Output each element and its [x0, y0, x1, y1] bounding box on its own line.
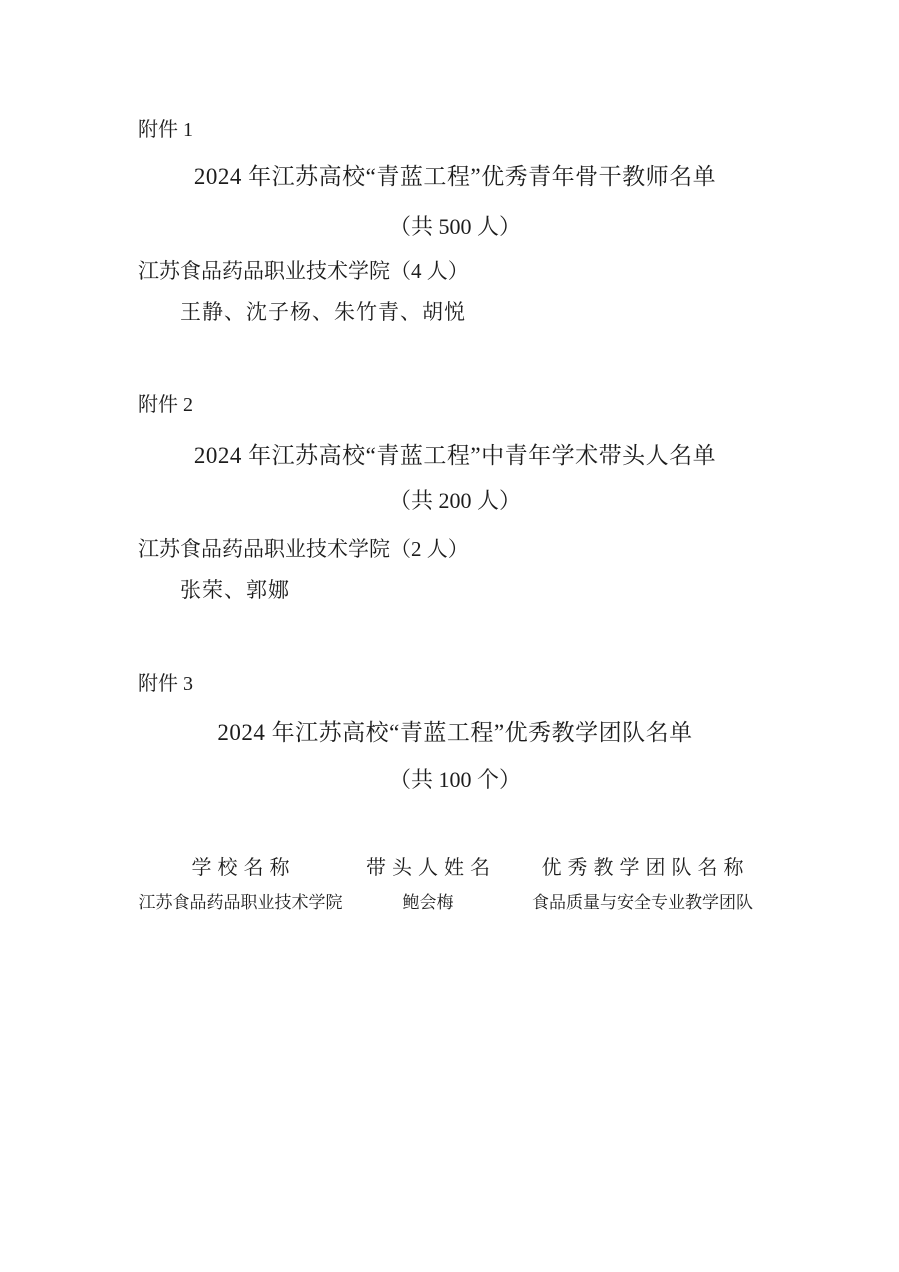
attachment-2-title: 2024 年江苏高校“青蓝工程”中青年学术带头人名单	[138, 442, 772, 469]
attachment-2-count: （共 200 人）	[138, 488, 772, 514]
attachment-1-count: （共 500 人）	[138, 214, 772, 240]
attachment-1-teacher-names: 王静、沈子杨、朱竹青、胡悦	[180, 300, 466, 325]
document-page: 附件 1 2024 年江苏高校“青蓝工程”优秀青年骨干教师名单 （共 500 人…	[0, 0, 899, 1272]
cell-team-name: 食品质量与安全专业教学团队	[513, 892, 772, 914]
team-table-row: 江苏食品药品职业技术学院 鲍会梅 食品质量与安全专业教学团队	[138, 892, 772, 914]
header-leader-name: 带头人姓名	[343, 855, 513, 881]
header-school-name: 学校名称	[138, 855, 343, 881]
header-team-name: 优秀教学团队名称	[513, 855, 772, 881]
attachment-1-label: 附件 1	[138, 119, 193, 143]
attachment-2-teacher-names: 张荣、郭娜	[180, 578, 290, 603]
cell-school-name: 江苏食品药品职业技术学院	[138, 892, 343, 914]
team-table: 学校名称 带头人姓名 优秀教学团队名称 江苏食品药品职业技术学院 鲍会梅 食品质…	[138, 855, 772, 914]
attachment-3-title: 2024 年江苏高校“青蓝工程”优秀教学团队名单	[138, 719, 772, 746]
attachment-2-school-line: 江苏食品药品职业技术学院（2 人）	[138, 537, 469, 562]
team-table-header-row: 学校名称 带头人姓名 优秀教学团队名称	[138, 855, 772, 881]
attachment-3-label: 附件 3	[138, 673, 193, 697]
attachment-1-school-line: 江苏食品药品职业技术学院（4 人）	[138, 259, 469, 284]
attachment-1-title: 2024 年江苏高校“青蓝工程”优秀青年骨干教师名单	[138, 163, 772, 190]
attachment-3-count: （共 100 个）	[138, 767, 772, 793]
cell-leader-name: 鲍会梅	[343, 892, 513, 914]
attachment-2-label: 附件 2	[138, 394, 193, 418]
